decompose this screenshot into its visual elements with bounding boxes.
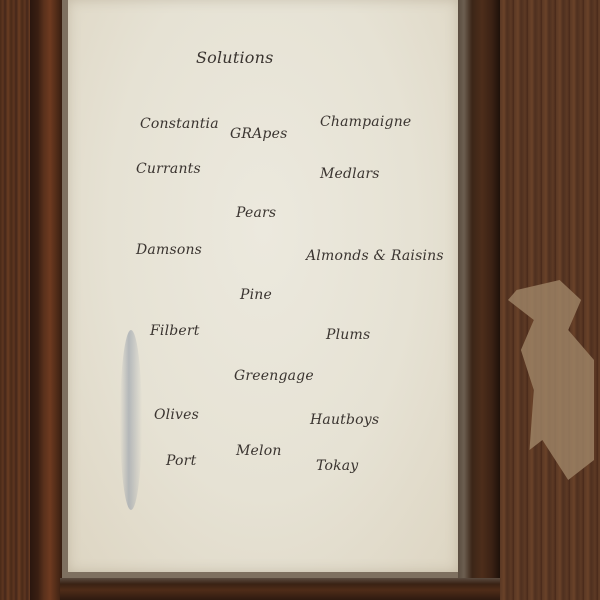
frame-bottom-rail (60, 578, 500, 600)
answer-olives: Olives (154, 407, 199, 423)
page-title: Solutions (196, 48, 274, 67)
answer-hautboys: Hautboys (310, 412, 379, 428)
answer-almonds-raisins: Almonds & Raisins (306, 248, 444, 264)
answer-pears: Pears (236, 205, 276, 221)
answer-constantia: Constantia (140, 116, 219, 132)
answer-pine: Pine (240, 287, 272, 303)
frame-left-outer (0, 0, 30, 600)
answer-currants: Currants (136, 161, 201, 177)
answer-champaigne: Champaigne (320, 114, 411, 130)
handwritten-sheet: Solutions Constantia GRApes Champaigne C… (68, 0, 458, 572)
answer-damsons: Damsons (136, 242, 202, 258)
answer-port: Port (166, 453, 196, 469)
answer-medlars: Medlars (320, 166, 380, 182)
frame-right-molding (458, 0, 500, 600)
answer-tokay: Tokay (316, 458, 358, 474)
answer-melon: Melon (236, 443, 282, 459)
answer-plums: Plums (326, 327, 370, 343)
answer-grapes: GRApes (230, 126, 287, 142)
water-stain (120, 330, 142, 510)
answer-greengage: Greengage (234, 368, 314, 384)
answer-filbert: Filbert (150, 323, 200, 339)
